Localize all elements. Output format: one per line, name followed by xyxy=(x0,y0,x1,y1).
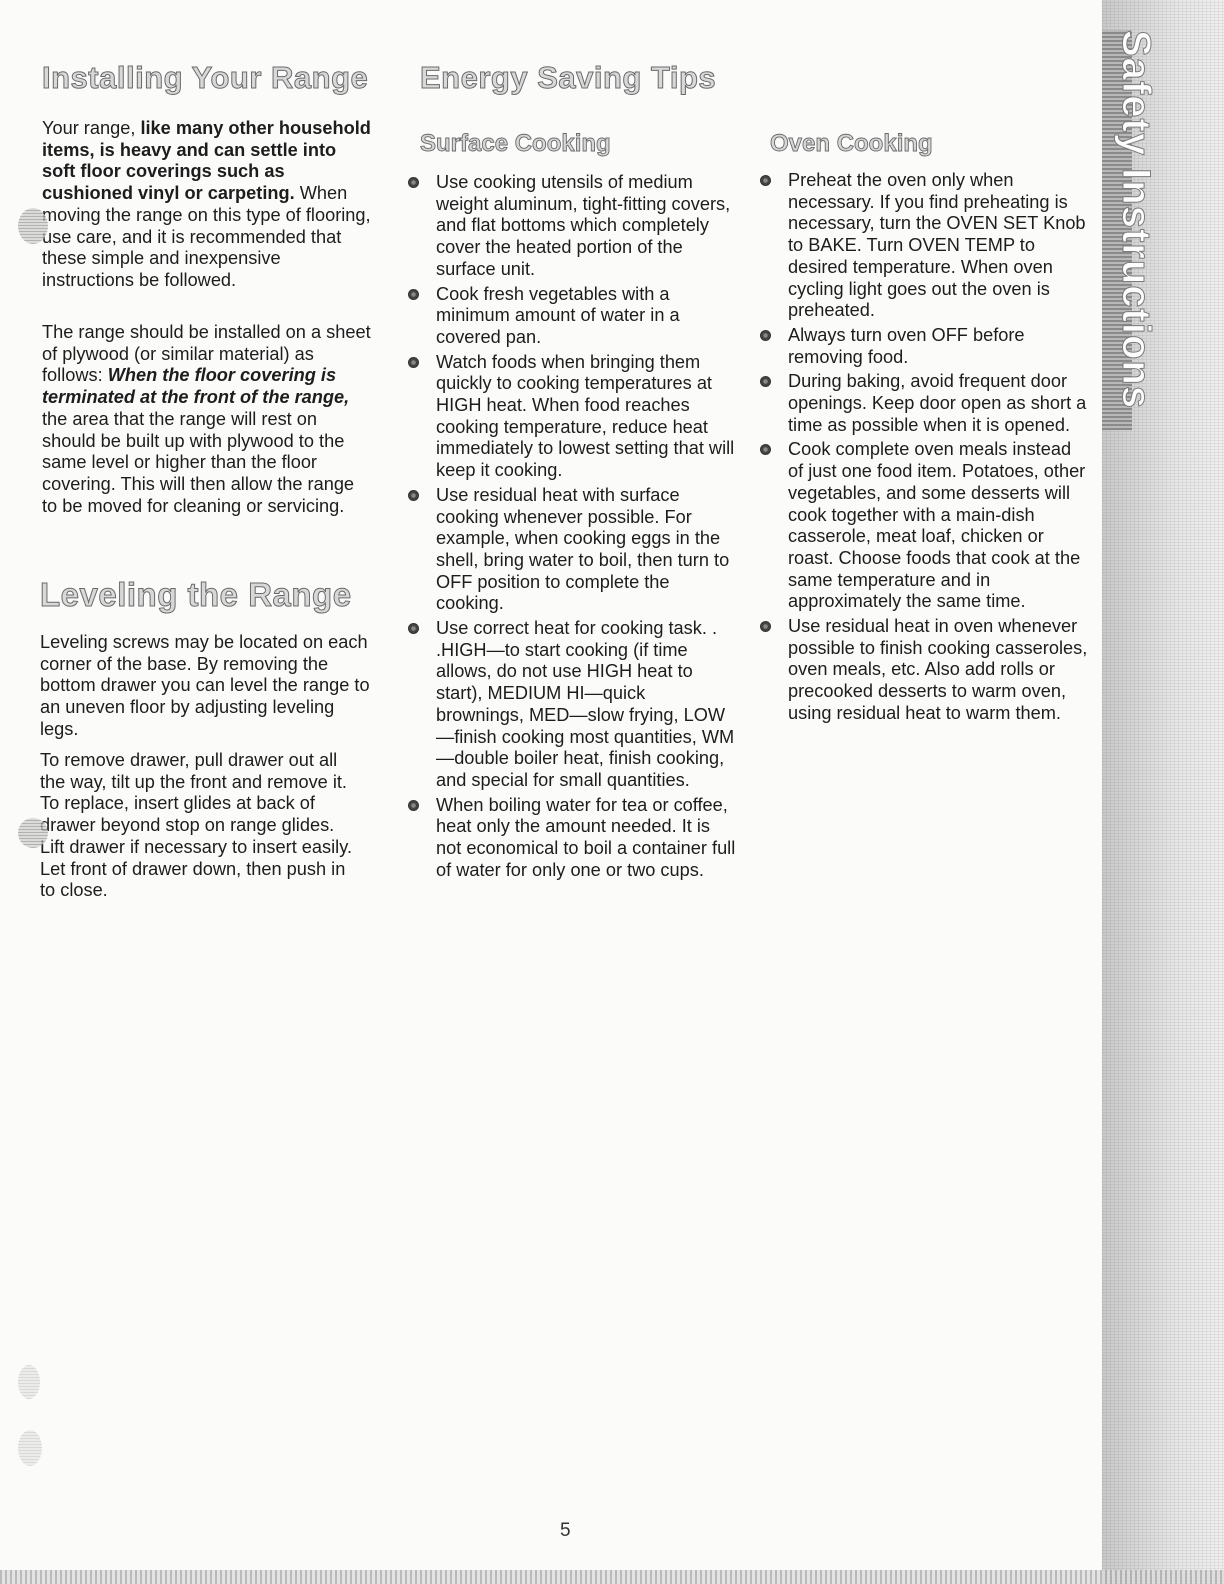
list-item: Use residual heat in oven whenever possi… xyxy=(760,616,1090,725)
punch-hole-artifact xyxy=(18,1365,40,1399)
safety-instructions-tab: Safety Instructions xyxy=(1102,0,1224,1584)
list-item: Watch foods when bringing them quickly t… xyxy=(408,352,738,482)
oven-cooking-list: Preheat the oven only when necessary. If… xyxy=(760,170,1090,728)
bullet-icon xyxy=(760,330,771,341)
list-item: Always turn oven OFF before removing foo… xyxy=(760,325,1090,368)
leveling-paragraph-2: To remove drawer, pull drawer out all th… xyxy=(40,750,360,902)
energy-title: Energy Saving Tips xyxy=(420,60,716,96)
page-number: 5 xyxy=(560,1520,571,1542)
bullet-icon xyxy=(408,623,419,634)
leveling-paragraph-1: Leveling screws may be located on each c… xyxy=(40,632,375,741)
bullet-icon xyxy=(408,490,419,501)
side-tab-label: Safety Instructions xyxy=(1108,30,1158,410)
surface-cooking-title: Surface Cooking xyxy=(420,130,611,158)
text-normal: Your range, xyxy=(42,118,140,138)
bullet-icon xyxy=(408,800,419,811)
punch-hole-artifact xyxy=(18,818,48,848)
list-item: Preheat the oven only when necessary. If… xyxy=(760,170,1090,322)
list-item: Use cooking utensils of medium weight al… xyxy=(408,172,738,281)
manual-page: Installing Your Range Your range, like m… xyxy=(0,0,1224,1584)
surface-cooking-list: Use cooking utensils of medium weight al… xyxy=(408,172,738,885)
installing-title: Installing Your Range xyxy=(42,60,368,96)
bullet-icon xyxy=(760,376,771,387)
list-item: During baking, avoid frequent door openi… xyxy=(760,371,1090,436)
bullet-icon xyxy=(760,621,771,632)
installing-paragraph-2: The range should be installed on a sheet… xyxy=(42,322,372,517)
punch-hole-artifact xyxy=(18,1430,42,1466)
scan-edge xyxy=(0,1570,1224,1584)
oven-cooking-title: Oven Cooking xyxy=(770,130,933,158)
list-item: Cook complete oven meals instead of just… xyxy=(760,439,1090,613)
leveling-title: Leveling the Range xyxy=(40,576,352,614)
list-item: Cook fresh vegetables with a minimum amo… xyxy=(408,284,738,349)
bullet-icon xyxy=(408,289,419,300)
bullet-icon xyxy=(408,357,419,368)
installing-paragraph-1: Your range, like many other household it… xyxy=(42,118,372,292)
bullet-icon xyxy=(760,444,771,455)
bullet-icon xyxy=(408,177,419,188)
punch-hole-artifact xyxy=(18,208,48,244)
list-item: When boiling water for tea or coffee, he… xyxy=(408,795,738,882)
list-item: Use correct heat for cooking task. . .HI… xyxy=(408,618,738,792)
list-item: Use residual heat with surface cooking w… xyxy=(408,485,738,615)
text-normal: the area that the range will rest on sho… xyxy=(42,409,354,516)
bullet-icon xyxy=(760,175,771,186)
